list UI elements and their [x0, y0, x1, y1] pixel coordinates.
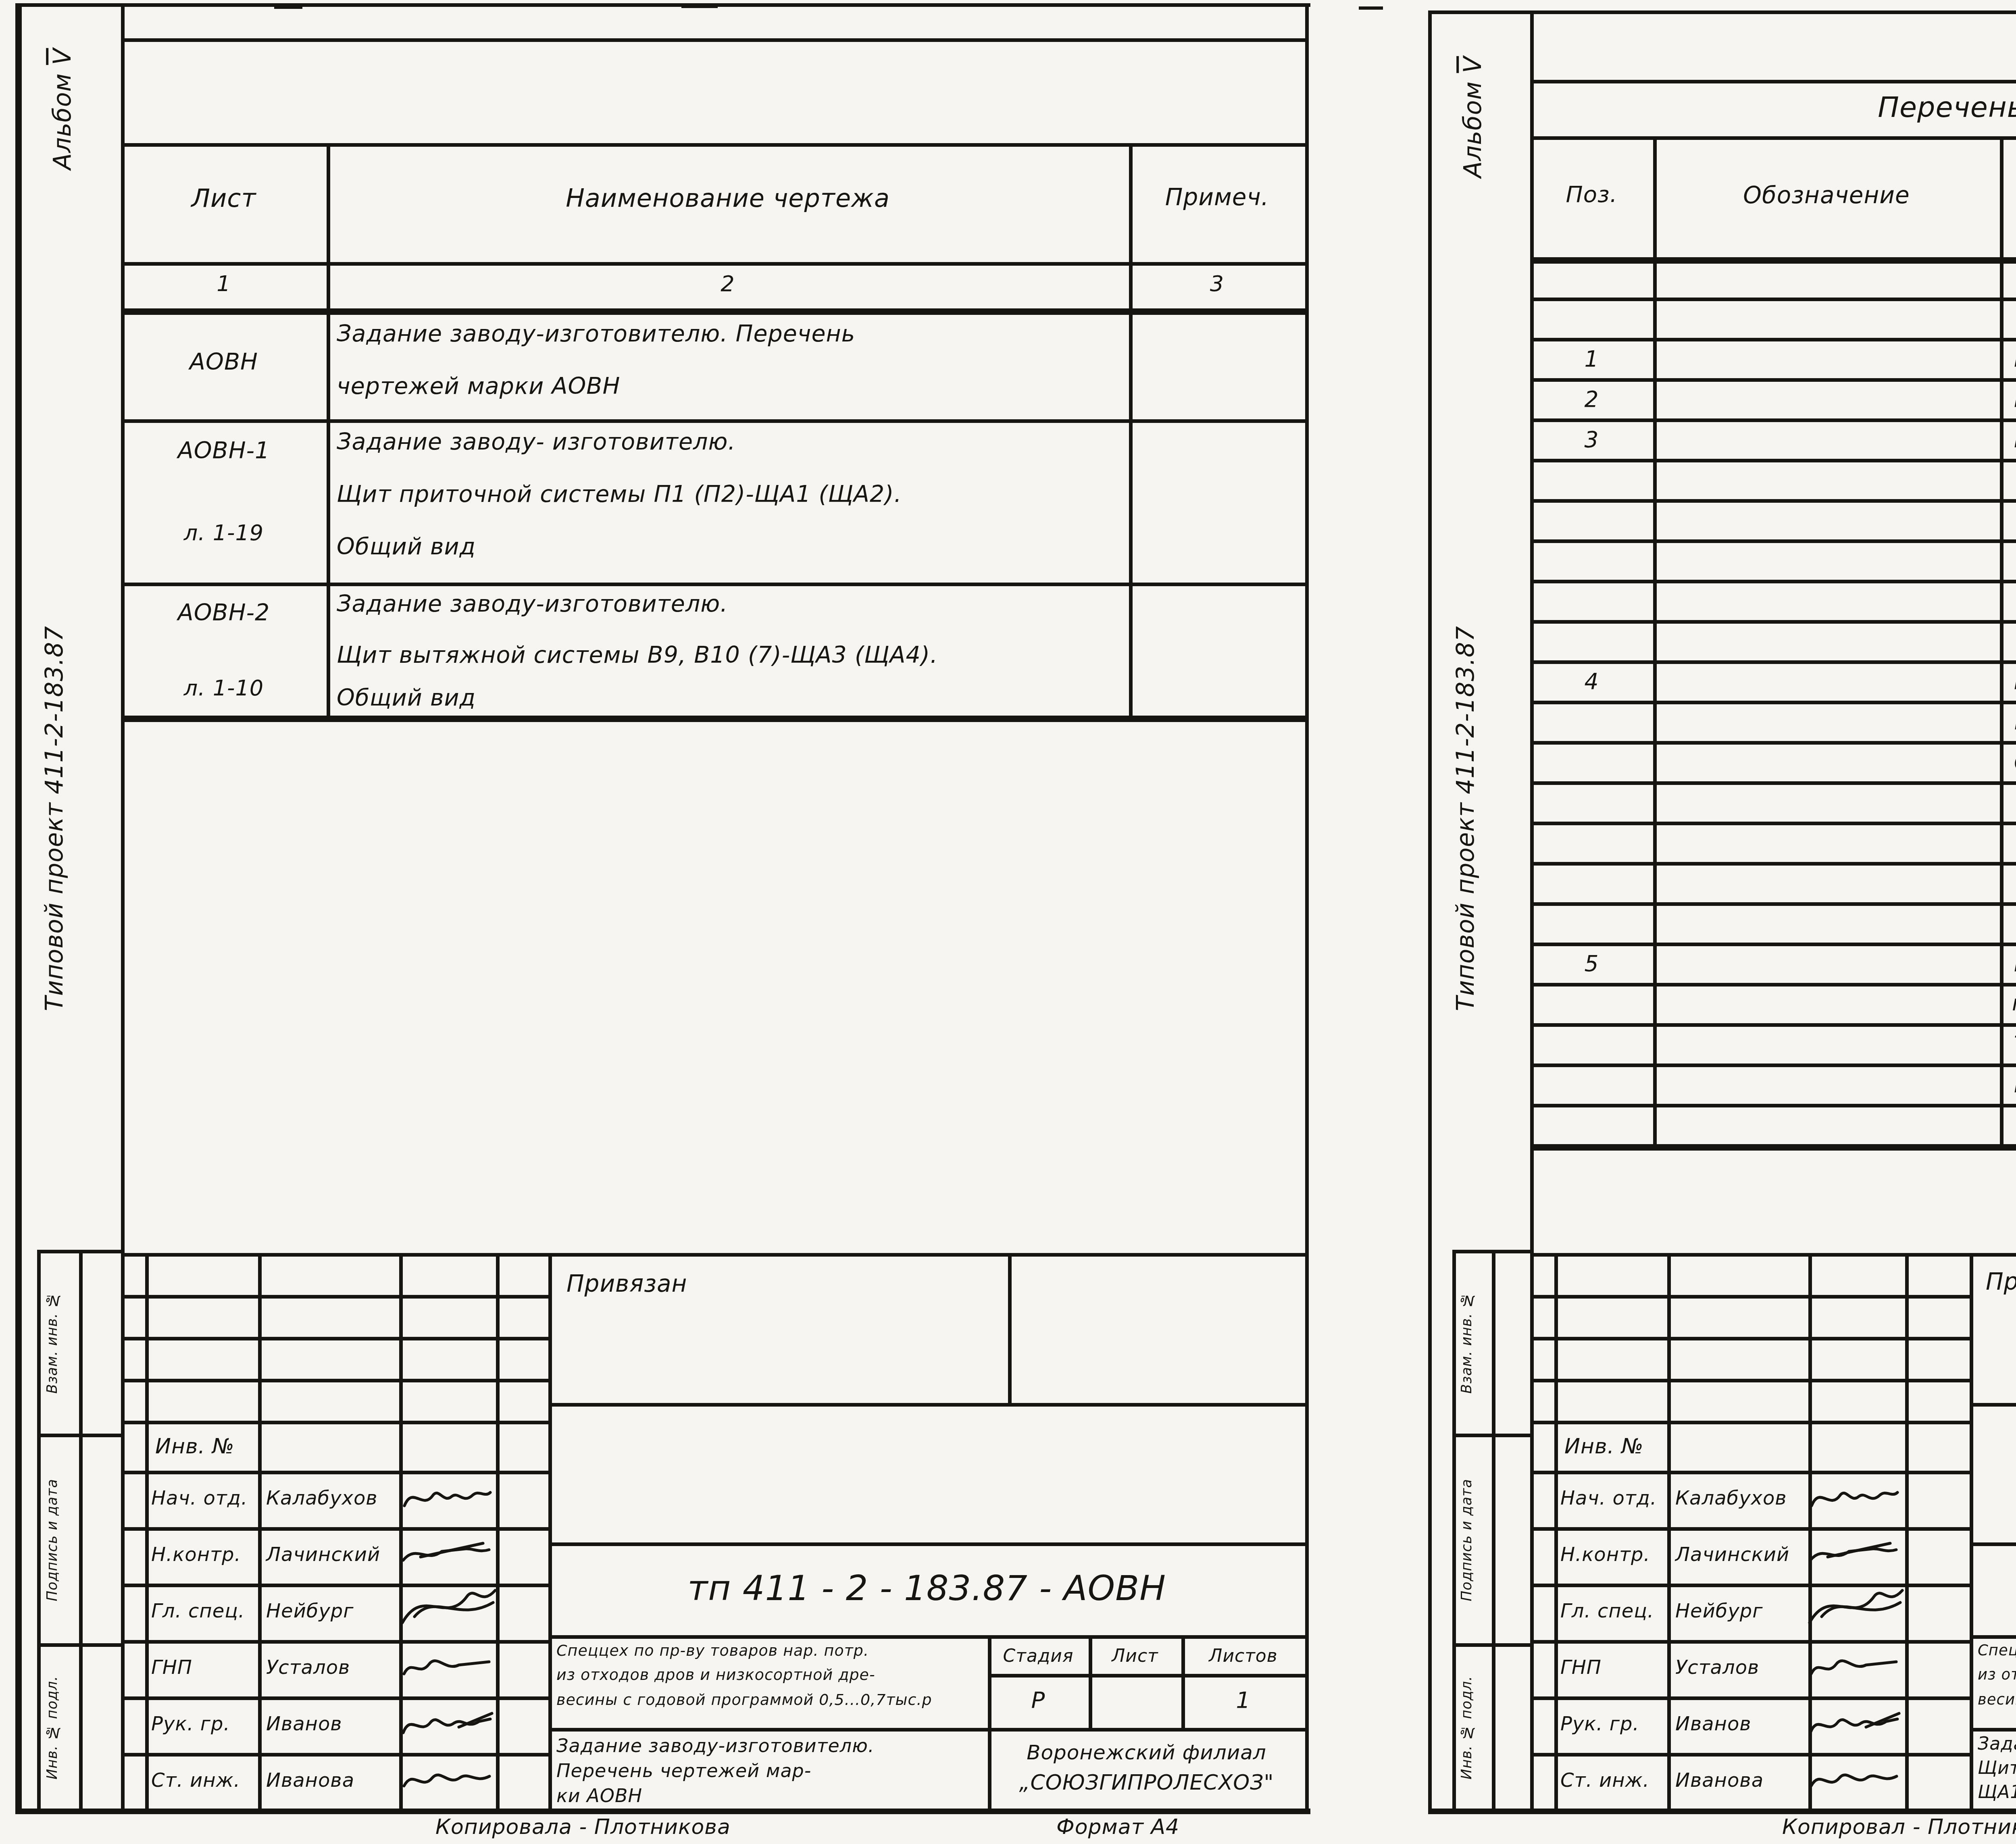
rstamp-line: [1970, 1728, 2016, 1732]
signature-ivanova: [398, 1758, 497, 1804]
copied-by-left: Копировала - Плотникова: [435, 1815, 731, 1839]
lstamp-org-line: „СОЮЗГИПРОЛЕСХОЗ": [988, 1771, 1305, 1795]
rtable-line: [1530, 1064, 2016, 1067]
lstamp-role: Ст. инж.: [151, 1769, 240, 1792]
album-roman-numeral: V: [1459, 56, 1487, 73]
album-roman-numeral: V: [48, 48, 77, 65]
rstamp-name: Иванова: [1675, 1769, 1764, 1792]
rstamp-doc-title-line: Задание заводу-изготовителю.: [1978, 1734, 2016, 1754]
rtable-line: [2000, 136, 2004, 1144]
rstamp-line: [1530, 1753, 1970, 1757]
ltable-row-pages: л. 1-19: [121, 520, 327, 545]
lstamp-name: Усталов: [266, 1656, 350, 1679]
rstamp-line: [1530, 1640, 1970, 1644]
margin-box-line: [1452, 1434, 1530, 1437]
lstamp-line: [121, 1421, 548, 1424]
rtable-item-name: ОСТ 36.13-76: [2014, 749, 2016, 775]
rstamp-name: Иванов: [1675, 1713, 1752, 1735]
rstamp-role: Нач. отд.: [1560, 1487, 1657, 1509]
rstamp-line: [1554, 1253, 1558, 1809]
album-label-right: Альбом V: [1459, 36, 1497, 198]
lstamp-line: [258, 1253, 262, 1809]
rstamp-line: [1530, 1379, 1970, 1382]
lstamp-line: [121, 1295, 548, 1299]
lstamp-line: [121, 1753, 548, 1757]
signature-ivanova: [1806, 1758, 1904, 1804]
scan-artifact: [1359, 6, 1383, 10]
page2-frame-bottom: [1428, 1809, 2016, 1814]
margin-box-line: [1492, 1250, 1495, 1809]
lstamp-sheet-header: Лист: [1089, 1646, 1181, 1666]
rtable-header-name: Наименование: [2000, 179, 2016, 207]
lstamp-name: Иванова: [266, 1769, 354, 1792]
rtable-line: [1530, 620, 2016, 624]
lstamp-doc-title-line: Задание заводу-изготовителю.: [556, 1735, 875, 1757]
ltable-line: [121, 419, 1305, 423]
rtable-line: [1530, 1104, 2016, 1107]
rstamp-facility-line: из отходов дров и низкосортной дре-: [1978, 1666, 2016, 1683]
scanned-sheet: Альбом V Типовой проект 411-2-183.87 Вза…: [0, 0, 2016, 1844]
lstamp-doc-title-line: ки АОВН: [556, 1785, 642, 1807]
lstamp-facility-line: весины с годовой программой 0,5...0,7тыс…: [556, 1691, 932, 1709]
rstamp-line: [1530, 1421, 1970, 1424]
rtable-line: [1530, 902, 2016, 906]
lstamp-stage-value: Р: [988, 1687, 1089, 1713]
lstamp-doc-number: тп 411 - 2 - 183.87 - АОВН: [548, 1568, 1305, 1609]
rtable-item-name: Рейка: [2014, 386, 2016, 412]
rtable-line: [1530, 298, 2016, 301]
ltable-line: [327, 143, 330, 720]
rtable-line: [1530, 1144, 2016, 1151]
rstamp-facility-line: Спеццех по пр-ву товаров нар. потр.: [1978, 1642, 2016, 1659]
ltable-row-text: Щит приточной системы П1 (П2)-ЩА1 (ЩА2).: [337, 481, 902, 508]
lstamp-sheets-value: 1: [1181, 1687, 1305, 1713]
lstamp-line: [121, 1696, 548, 1700]
lstamp-stage-header: Стадия: [988, 1646, 1089, 1666]
margin-label-podpis: Подпись и дата: [44, 1447, 73, 1633]
lstamp-inv-label: Инв. №: [155, 1434, 235, 1459]
ltable-line: [121, 716, 1305, 722]
ltable-line: [121, 38, 1305, 42]
album-word: Альбом: [1459, 81, 1487, 178]
lstamp-role: Рук. гр.: [151, 1713, 230, 1735]
lstamp-linked-label: Привязан: [566, 1270, 687, 1297]
rtable-line: [1530, 80, 2016, 83]
rtable-header-pos: Поз.: [1530, 181, 1653, 208]
page2-frame-top: [1428, 10, 2016, 14]
rstamp-role: ГНП: [1560, 1656, 1602, 1679]
signature-neyburg: [1806, 1574, 1910, 1635]
signature-ustalov: [398, 1645, 497, 1691]
page2-frame-left: [1428, 10, 1432, 1814]
copied-by-right: Копировал - Плотникова: [1782, 1815, 2016, 1839]
rtable-line: [1530, 580, 2016, 583]
margin-label-vzam: Взам. инв. №: [1459, 1260, 1487, 1425]
project-label-left: Типовой проект 411-2-183.87: [40, 504, 79, 1133]
rstamp-line: [1530, 1471, 1970, 1474]
lstamp-role: ГНП: [151, 1656, 192, 1679]
rtable-line: [1530, 862, 2016, 866]
rtable-line: [1530, 418, 2016, 422]
rtable-item-name: Регулятор температуры полу.: [2014, 951, 2016, 976]
rtable-item-pos: 5: [1530, 951, 1653, 976]
album-word: Альбом: [48, 73, 77, 170]
margin-box-line: [79, 1250, 83, 1809]
rstamp-role: Рук. гр.: [1560, 1713, 1639, 1735]
ltable-line: [121, 262, 1305, 266]
rtable-line: [1530, 741, 2016, 745]
rstamp-role: Гл. спец.: [1560, 1600, 1654, 1622]
ltable-row-text: Щит вытяжной системы В9, В10 (7)-ЩА3 (ЩА…: [337, 642, 938, 668]
rtable-item-pos: 1: [1530, 346, 1653, 372]
signature-ustalov: [1806, 1645, 1904, 1691]
ltable-row-text: Задание заводу-изготовителю. Перечень: [337, 321, 855, 347]
ltable-line: [121, 583, 1305, 586]
rtable-line: [1530, 983, 2016, 987]
ltable-header-sheet: Лист: [121, 183, 327, 213]
rtable-item-pos: 3: [1530, 427, 1653, 452]
ltable-line: [1129, 143, 1133, 720]
rstamp-name: Нейбург: [1675, 1600, 1763, 1622]
signature-neyburg: [398, 1574, 503, 1635]
scan-artifact: [274, 6, 302, 9]
rtable-title: Перечень составных частей: [1530, 91, 2016, 124]
lstamp-facility-line: из отходов дров и низкосортной дре-: [556, 1666, 875, 1684]
rtable-line: [1530, 136, 2016, 140]
lstamp-name: Лачинский: [266, 1543, 380, 1566]
rtable-item-name: Рейка Р3-32, ТУ36.1015-75: [2014, 346, 2016, 372]
signature-kalabukhov: [398, 1476, 497, 1522]
lstamp-facility-line: Спеццех по пр-ву товаров нар. потр.: [556, 1642, 869, 1659]
rstamp-doc-title-line: ЩА1(ЩА2). Общий вид.: [1978, 1782, 2016, 1802]
lstamp-line: [988, 1674, 1305, 1677]
rstamp-name: Калабухов: [1675, 1487, 1787, 1509]
rstamp-line: [1970, 1403, 2016, 1407]
lstamp-line: [121, 1379, 548, 1382]
lstamp-line: [548, 1403, 1305, 1407]
lstamp-name: Нейбург: [266, 1600, 354, 1622]
margin-label-vzam: Взам. инв. №: [44, 1260, 73, 1425]
ltable-row-code: АОВН-1: [121, 437, 327, 464]
margin-box-line: [37, 1643, 121, 1647]
rstamp-line: [1970, 1635, 2016, 1639]
lstamp-name: Иванов: [266, 1713, 342, 1735]
rstamp-name: Лачинский: [1675, 1543, 1789, 1566]
rtable-item-name: Переключатель универсальный: [2014, 1072, 2016, 1097]
ltable-row-code: АОВН: [121, 349, 327, 375]
rstamp-role: Ст. инж.: [1560, 1769, 1649, 1792]
margin-box-line: [1452, 1250, 1530, 1253]
lstamp-line: [548, 1635, 1305, 1639]
lstamp-sheets-header: Листов: [1181, 1646, 1305, 1666]
signature-lachinskiy: [398, 1532, 497, 1578]
rstamp-line: [1530, 1696, 1970, 1700]
ltable-row-text: чертежей марки АОВН: [337, 373, 620, 400]
rtable-line: [1530, 539, 2016, 543]
rstamp-role: Н.контр.: [1560, 1543, 1650, 1566]
ltable-row-pages: л. 1-10: [121, 675, 327, 701]
lstamp-role: Н.контр.: [151, 1543, 241, 1566]
rstamp-line: [1530, 1295, 1970, 1299]
rstamp-linked-label: Привязан: [1986, 1268, 2016, 1295]
page1-frame-right: [1305, 3, 1309, 1814]
rtable-item-pos: 2: [1530, 386, 1653, 412]
rtable-item-name: Шкаф типа: [2014, 668, 2016, 694]
ltable-colnum-1: 1: [121, 271, 327, 296]
lstamp-line: [121, 1337, 548, 1340]
rstamp-line: [1970, 1253, 1973, 1809]
rtable-item-name: ЩШМ-1000х600-I УЧIР30: [2014, 709, 2016, 735]
rtable-line: [1530, 257, 2016, 264]
rtable-line: [1653, 136, 1657, 1144]
ltable-row-code: АОВН-2: [121, 599, 327, 626]
lstamp-role: Нач. отд.: [151, 1487, 248, 1509]
ltable-row-text: Общий вид: [337, 533, 476, 560]
lstamp-line: [121, 1253, 1305, 1257]
lstamp-line: [1008, 1253, 1012, 1403]
project-label-right: Типовой проект 411-2-183.87: [1452, 504, 1490, 1133]
rstamp-line: [1905, 1253, 1909, 1809]
signature-ivanov: [1806, 1701, 1904, 1748]
rstamp-facility-line: весины с годовой программой 0,5...0,7тыс…: [1978, 1691, 2016, 1708]
page2-margin-line: [1530, 10, 1534, 1809]
margin-box-line: [37, 1434, 121, 1437]
ltable-row-text: Задание заводу- изготовителю.: [337, 429, 736, 455]
rtable-line: [1530, 943, 2016, 946]
ltable-line: [121, 308, 1305, 315]
rtable-line: [1530, 459, 2016, 462]
ltable-row-text: Задание заводу-изготовителю.: [337, 591, 728, 617]
rtable-line: [1530, 701, 2016, 704]
rstamp-line: [1970, 1542, 2016, 1546]
lstamp-line: [548, 1542, 1305, 1546]
ltable-line: [121, 143, 1305, 147]
rtable-line: [1530, 822, 2016, 825]
lstamp-line: [121, 1527, 548, 1531]
rstamp-name: Усталов: [1675, 1656, 1759, 1679]
rtable-line: [1530, 499, 2016, 503]
rtable-item-pos: 4: [1530, 668, 1653, 694]
ltable-header-name: Наименование чертежа: [327, 183, 1129, 213]
rtable-item-name: ТЭ2ПЗ: [2014, 1031, 2016, 1057]
margin-label-inv: Инв. № подл.: [1459, 1653, 1487, 1802]
margin-box-line: [1452, 1250, 1456, 1809]
rstamp-doc-number: тп 411 - 2 - 183.87 - АОВН-1: [1970, 1568, 2016, 1609]
margin-box-line: [37, 1250, 41, 1809]
ltable-colnum-2: 2: [327, 271, 1129, 296]
rstamp-doc-title-line: Щит приточной системы П1(П2)-: [1978, 1758, 2016, 1778]
ltable-header-note: Примеч.: [1129, 183, 1305, 211]
lstamp-name: Калабухов: [266, 1487, 378, 1509]
album-label-left: Альбом V: [48, 28, 87, 189]
ltable-colnum-3: 3: [1129, 271, 1305, 296]
lstamp-role: Гл. спец.: [151, 1600, 245, 1622]
rstamp-inv-label: Инв. №: [1564, 1434, 1644, 1459]
rtable-line: [1530, 1023, 2016, 1027]
rstamp-line: [1530, 1337, 1970, 1340]
lstamp-line: [145, 1253, 149, 1809]
margin-label-inv: Инв. № подл.: [44, 1653, 73, 1802]
margin-box-line: [37, 1250, 121, 1253]
page1-frame-top: [15, 3, 1310, 7]
rstamp-line: [1667, 1253, 1671, 1809]
scan-artifact: [681, 5, 718, 8]
lstamp-line: [548, 1253, 552, 1809]
lstamp-line: [121, 1640, 548, 1644]
signature-ivanov: [398, 1701, 497, 1748]
rtable-line: [1530, 378, 2016, 382]
rtable-line: [1530, 660, 2016, 664]
lstamp-org-line: Воронежский филиал: [988, 1741, 1305, 1764]
signature-kalabukhov: [1806, 1476, 1904, 1522]
signature-lachinskiy: [1806, 1532, 1904, 1578]
page1-frame-left: [15, 3, 22, 1814]
format-note-left: Формат А4: [1056, 1815, 1179, 1839]
margin-label-podpis: Подпись и дата: [1459, 1447, 1487, 1633]
lstamp-doc-title-line: Перечень чертежей мар-: [556, 1760, 811, 1782]
rtable-line: [1530, 781, 2016, 785]
rtable-line: [1530, 338, 2016, 341]
rtable-item-name: проводниковый трехпозиционный: [2012, 991, 2016, 1016]
page1-frame-bottom: [15, 1809, 1310, 1814]
rtable-header-desig: Обозначение: [1653, 181, 2000, 209]
ltable-row-text: Общий вид: [337, 685, 476, 711]
lstamp-line: [548, 1728, 1305, 1732]
rstamp-line: [1530, 1253, 2016, 1257]
rtable-item-name: Рейка: [2014, 427, 2016, 452]
margin-box-line: [1452, 1643, 1530, 1647]
rstamp-line: [1530, 1527, 1970, 1531]
lstamp-line: [121, 1471, 548, 1474]
